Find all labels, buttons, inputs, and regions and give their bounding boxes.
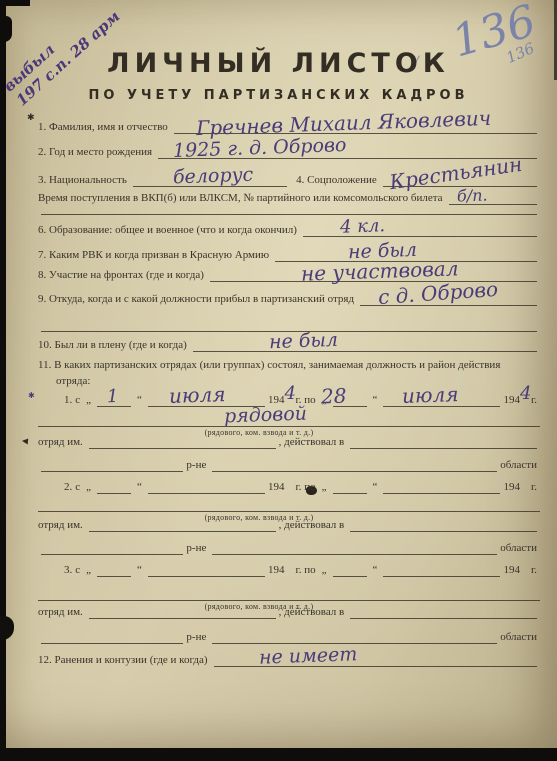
entry-1-day-to-handwritten: 28 bbox=[320, 386, 346, 407]
entry-1-month-to-handwritten: июля bbox=[402, 384, 459, 406]
field-3-value-handwritten: белорус bbox=[173, 166, 254, 188]
entry-3-day-from-line bbox=[97, 561, 131, 577]
entry-3-district-line bbox=[41, 628, 183, 644]
quote-close: “ bbox=[137, 563, 142, 577]
field-2-value-handwritten: 1925 г. д. Оброво bbox=[173, 136, 347, 161]
entry-3-area-line bbox=[350, 603, 537, 619]
ink-blob-left-margin bbox=[0, 616, 14, 640]
entry-1-month-to-line: июля bbox=[383, 391, 500, 407]
field-4-line: Крестьянин bbox=[383, 171, 537, 187]
entry-2-month-from-line bbox=[148, 478, 265, 494]
field-6-line: 4 кл. bbox=[303, 221, 537, 237]
entry-3-number: 3. bbox=[64, 563, 72, 577]
scan-edge-top bbox=[0, 0, 30, 6]
entry-2-day-from-line bbox=[97, 478, 131, 494]
year-prefix: 194 bbox=[503, 393, 520, 407]
oblast-label: области bbox=[500, 541, 537, 555]
quote-close: “ bbox=[373, 480, 378, 494]
entry-3-month-from-line bbox=[148, 561, 265, 577]
oblast-label: области bbox=[500, 630, 537, 644]
field-3-label: 3. Национальность bbox=[38, 173, 127, 187]
arrow-mark-icon: ◄ bbox=[19, 436, 30, 448]
field-10-row: 10. Был ли в плену (где и когда) не был bbox=[38, 336, 540, 352]
field-2-label: 2. Год и место рождения bbox=[38, 145, 152, 159]
year-prefix: 194 bbox=[503, 480, 520, 494]
service-entry-3-region-row: р-не области bbox=[38, 628, 540, 644]
entry-1-district-line bbox=[41, 456, 183, 472]
field-3-line: белорус bbox=[133, 171, 287, 187]
entry-2-month-to-line bbox=[383, 478, 500, 494]
entry-1-month-from-handwritten: июля bbox=[169, 384, 226, 406]
field-3-4-row: 3. Национальность белорус 4. Соцположени… bbox=[38, 171, 540, 187]
entry-2-area-line bbox=[350, 516, 537, 532]
entry-1-day-from-handwritten: 1 bbox=[107, 388, 119, 406]
field-12-label: 12. Ранения и контузии (где и когда) bbox=[38, 653, 208, 667]
entry-1-oblast-line bbox=[212, 456, 497, 472]
year-prefix: 194 bbox=[503, 563, 520, 577]
entry-1-area-line bbox=[350, 433, 537, 449]
field-9-value-handwritten: с д. Оброво bbox=[377, 279, 498, 307]
rne-label: р-не bbox=[186, 630, 206, 644]
entry-1-day-to-line: 28 bbox=[333, 391, 367, 407]
entry-2-position-line bbox=[38, 496, 540, 512]
asterisk-mark-icon: ✱ bbox=[27, 112, 35, 123]
oblast-label: области bbox=[500, 458, 537, 472]
form-subtitle: ПО УЧЕТУ ПАРТИЗАНСКИХ КАДРОВ bbox=[0, 88, 557, 103]
quote-open: „ bbox=[86, 393, 91, 407]
service-entry-2-otryad-row: отряд им. , действовал в bbox=[38, 516, 540, 532]
quote-open: „ bbox=[86, 563, 91, 577]
service-entry-2-dates-row: 2. с „ “ 194 г. по „ “ 194 г. bbox=[38, 478, 540, 494]
entry-2-s-label: с bbox=[75, 480, 80, 494]
deistvoval-label: , действовал в bbox=[279, 518, 345, 532]
field-9-row: 9. Откуда, когда и с какой должности при… bbox=[38, 290, 540, 306]
quote-close: “ bbox=[373, 563, 378, 577]
field-5-continuation-line bbox=[41, 199, 537, 215]
scan-edge-bottom bbox=[0, 748, 557, 761]
quote-open: „ bbox=[322, 563, 327, 577]
year-prefix: 194 bbox=[268, 563, 285, 577]
field-6-value-handwritten: 4 кл. bbox=[340, 217, 386, 237]
entry-3-position-line bbox=[38, 585, 540, 601]
entry-2-otryad-line bbox=[89, 516, 276, 532]
scan-edge-left bbox=[0, 0, 6, 761]
entry-3-oblast-line bbox=[212, 628, 497, 644]
entry-1-year-from-digit-handwritten: 4 bbox=[284, 385, 295, 403]
entry-1-position-handwritten: рядовой bbox=[223, 405, 307, 427]
field-2-row: 2. Год и место рождения 1925 г. д. Обров… bbox=[38, 143, 540, 159]
quote-open: „ bbox=[322, 480, 327, 494]
field-10-value-handwritten: не был bbox=[268, 331, 338, 352]
field-1-label: 1. Фамилия, имя и отчество bbox=[38, 120, 168, 134]
otryad-label: отряд им. bbox=[38, 435, 83, 449]
field-11-label-line1: 11. В каких партизанских отрядах (или гр… bbox=[38, 358, 500, 372]
otryad-label: отряд им. bbox=[38, 518, 83, 532]
scan-edge-nub bbox=[0, 16, 12, 42]
field-1-row: 1. Фамилия, имя и отчество Гречнев Михаи… bbox=[38, 118, 540, 134]
field-4-label: 4. Соцположение bbox=[296, 173, 377, 187]
quote-close: “ bbox=[137, 480, 142, 494]
entry-2-number: 2. bbox=[64, 480, 72, 494]
field-8-value-handwritten: не участвовал bbox=[301, 258, 459, 283]
service-entry-3-otryad-row: отряд им. , действовал в bbox=[38, 603, 540, 619]
entry-2-oblast-line bbox=[212, 539, 497, 555]
field-6-label: 6. Образование: общее и военное (что и к… bbox=[38, 223, 297, 237]
field-10-label: 10. Был ли в плену (где и когда) bbox=[38, 338, 187, 352]
entry-1-s-label: с bbox=[75, 393, 80, 407]
entry-3-s-label: с bbox=[75, 563, 80, 577]
entry-1-year-to-digit-handwritten: 4 bbox=[520, 385, 531, 403]
field-7-label: 7. Каким РВК и когда призван в Красную А… bbox=[38, 248, 269, 262]
g-po-label: г. по bbox=[295, 563, 315, 577]
field-7-row: 7. Каким РВК и когда призван в Красную А… bbox=[38, 246, 540, 262]
entry-3-month-to-line bbox=[383, 561, 500, 577]
g-label: г. bbox=[531, 393, 537, 407]
field-10-line: не был bbox=[193, 336, 537, 352]
g-label: г. bbox=[531, 480, 537, 494]
field-9-line: с д. Оброво bbox=[360, 290, 537, 306]
quote-open: „ bbox=[86, 480, 91, 494]
entry-1-day-from-line: 1 bbox=[97, 391, 131, 407]
form-title: ЛИЧНЫЙ ЛИСТОК bbox=[0, 48, 557, 79]
entry-2-district-line bbox=[41, 539, 183, 555]
entry-1-position-line: рядовой bbox=[38, 411, 540, 427]
field-5-continuation-row bbox=[38, 199, 540, 215]
field-12-row: 12. Ранения и контузии (где и когда) не … bbox=[38, 651, 540, 667]
quote-close: “ bbox=[137, 393, 142, 407]
field-11-label-line2: отряда: bbox=[56, 374, 90, 388]
quote-close: “ bbox=[373, 393, 378, 407]
field-8-label: 8. Участие на фронтах (где и когда) bbox=[38, 268, 204, 282]
entry-3-day-to-line bbox=[333, 561, 367, 577]
field-6-row: 6. Образование: общее и военное (что и к… bbox=[38, 221, 540, 237]
document-page: выбыл 197 с.п. 28 арм 136 136 ✓ ✱ ✱ ◄ ЛИ… bbox=[0, 0, 557, 761]
year-prefix: 194 bbox=[268, 480, 285, 494]
field-12-line: не имеет bbox=[214, 651, 537, 667]
service-entry-1-otryad-row: отряд им. , действовал в bbox=[38, 433, 540, 449]
field-12-value-handwritten: не имеет bbox=[259, 645, 358, 667]
service-entry-1-region-row: р-не области bbox=[38, 456, 540, 472]
deistvoval-label: , действовал в bbox=[279, 605, 345, 619]
deistvoval-label: , действовал в bbox=[279, 435, 345, 449]
otryad-label: отряд им. bbox=[38, 605, 83, 619]
field-1-line: Гречнев Михаил Яковлевич bbox=[174, 118, 537, 134]
entry-2-day-to-line bbox=[333, 478, 367, 494]
service-entry-3-dates-row: 3. с „ “ 194 г. по „ “ 194 г. bbox=[38, 561, 540, 577]
rne-label: р-не bbox=[186, 541, 206, 555]
g-po-label: г. по bbox=[295, 480, 315, 494]
g-label: г. bbox=[531, 563, 537, 577]
service-entry-2-region-row: р-не области bbox=[38, 539, 540, 555]
rne-label: р-не bbox=[186, 458, 206, 472]
entry-1-otryad-line bbox=[89, 433, 276, 449]
asterisk-mark2-icon: ✱ bbox=[28, 391, 35, 400]
entry-1-number: 1. bbox=[64, 393, 72, 407]
field-11-heading-row1: 11. В каких партизанских отрядах (или гр… bbox=[38, 356, 540, 372]
entry-3-otryad-line bbox=[89, 603, 276, 619]
field-9-label: 9. Откуда, когда и с какой должности при… bbox=[38, 292, 354, 306]
